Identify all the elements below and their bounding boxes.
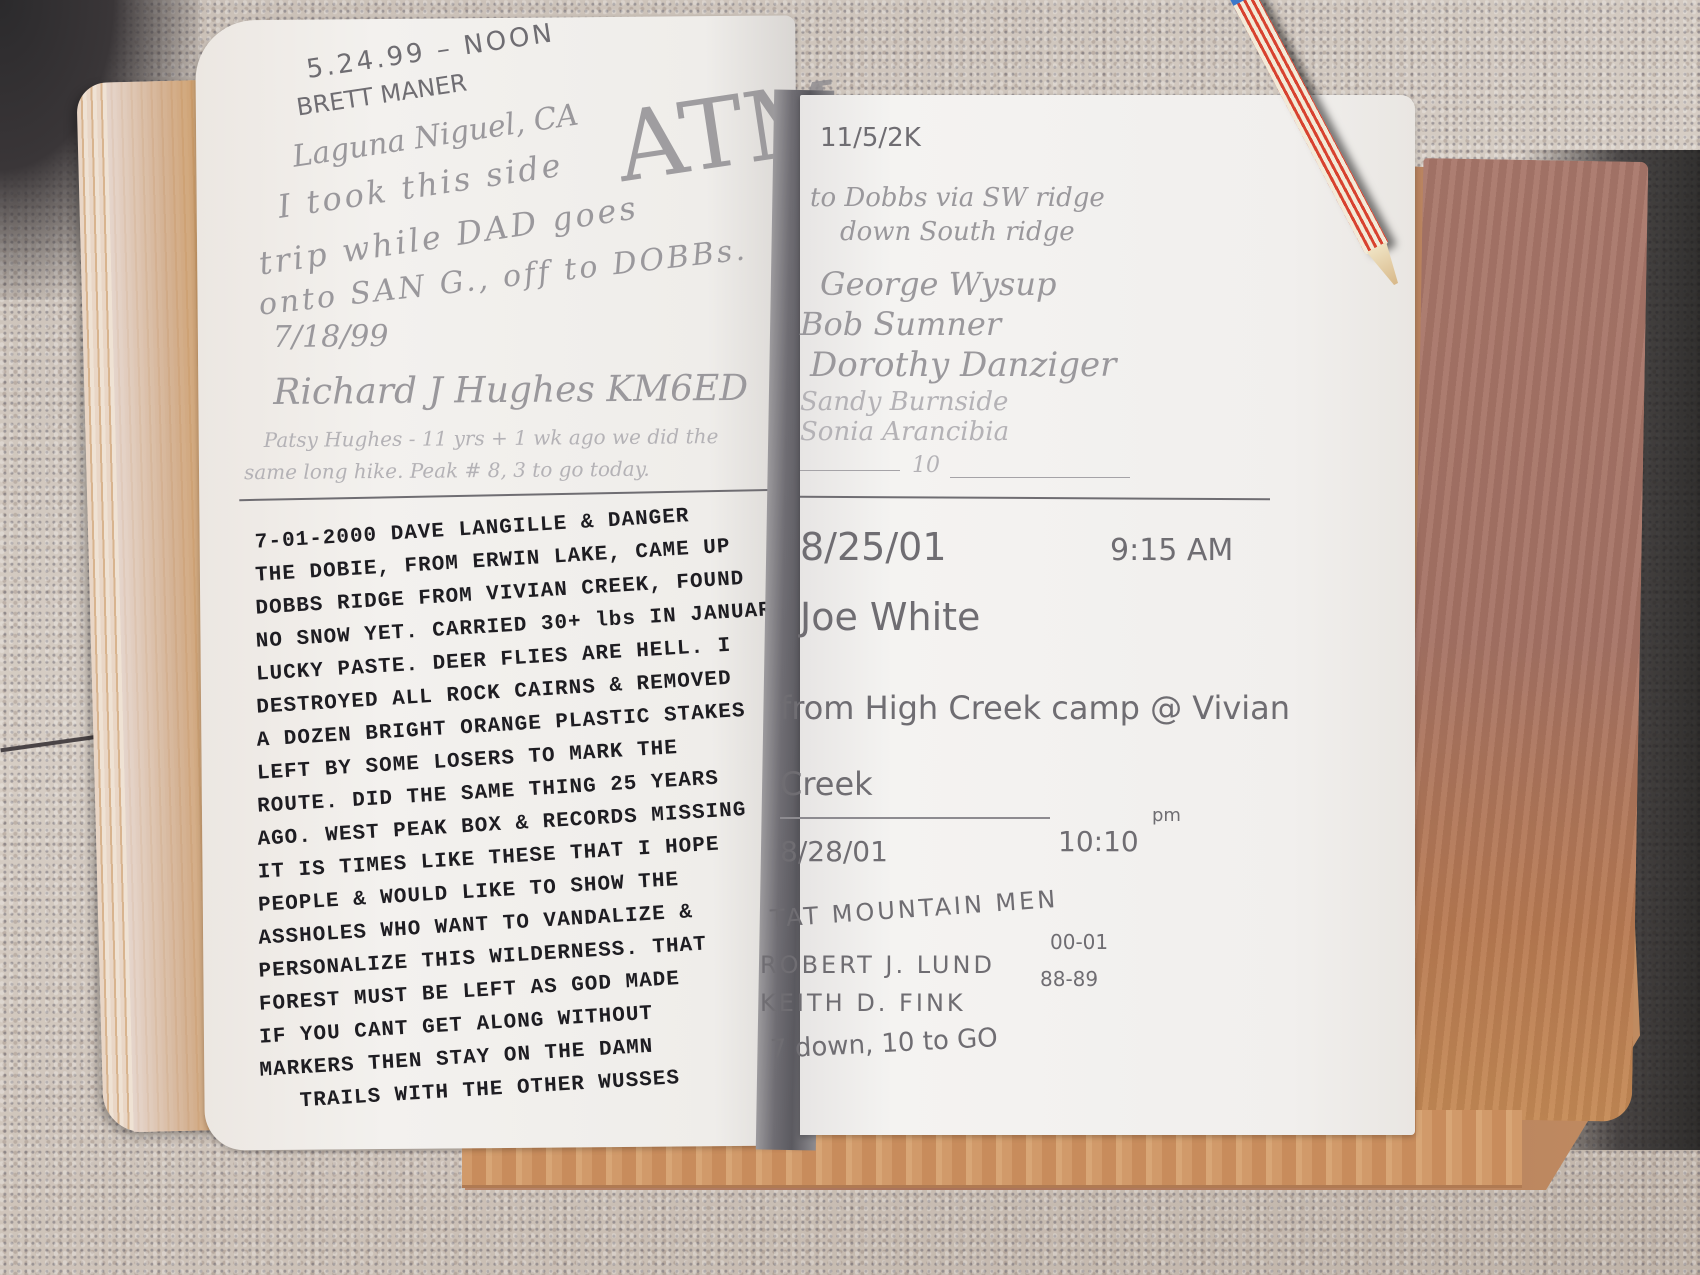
entry-time-suffix: pm [1152,805,1181,826]
entry-line: from High Creek camp @ Vivian [780,689,1290,727]
entry-line: same long hike. Peak # 8, 3 to go today. [244,457,650,485]
hiker-name: George Wysup [820,265,1056,303]
peak-tally: 7 down, 10 to GO [769,1023,998,1065]
entry-divider [800,496,1270,500]
notebook-cover-flap [1407,158,1649,1122]
hiker-name: Bob Sumner [800,305,1001,343]
entry-date: 8/25/01 [800,525,947,569]
entry-time: 9:15 AM [1110,533,1233,568]
entry-divider [780,817,1050,819]
entry-name: Richard J Hughes KM6ED [273,368,748,413]
party-count: 10 [912,453,940,478]
hiker-name: Sandy Burnside [800,387,1008,417]
group-name: TAT MOUNTAIN MEN [769,885,1059,933]
member-years: 88-89 [1040,967,1098,991]
entry-date: 7/18/99 [273,319,389,355]
entry-name: Joe White [800,595,980,639]
entry-divider [800,470,900,471]
entry-time: 10:10 [1058,825,1139,858]
entry-line: to Dobbs via SW ridge [810,183,1105,213]
left-page: 5.24.99 – NOON BRETT MANER Laguna Niguel… [195,15,805,1150]
hiker-name: Sonia Arancibia [800,417,1009,447]
member-years: 00-01 [1050,930,1108,954]
entry-line: down South ridge [840,217,1075,247]
entry-line: Patsy Hughes - 11 yrs + 1 wk ago we did … [264,424,719,452]
member-name: ROBERT J. LUND [760,951,995,979]
right-page: 11/5/2K to Dobbs via SW ridge down South… [800,95,1415,1135]
member-name: KEITH D. FINK [760,989,966,1017]
entry-header: 11/5/2K [820,123,921,153]
entry-line: Creek [780,765,873,803]
entry-date: 8/28/01 [780,835,888,868]
ink-entry: 7-01-2000 DAVE LANGILLE & DANGER THE DOB… [254,507,819,1106]
hiker-name: Dorothy Danziger [810,345,1116,385]
entry-divider [950,477,1130,478]
